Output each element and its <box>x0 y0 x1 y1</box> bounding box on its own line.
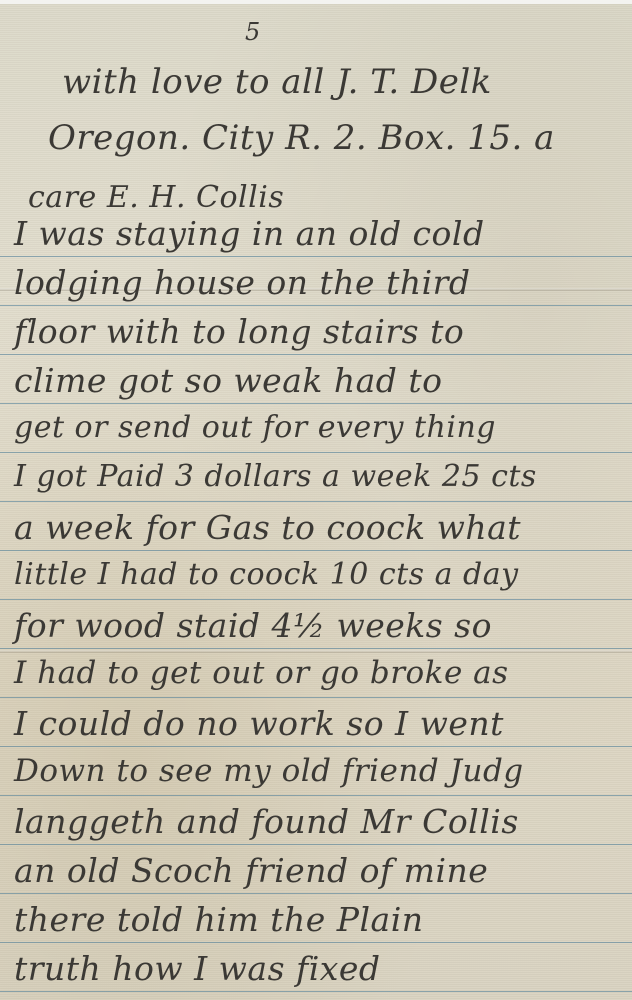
letter-line: I had to get out or go broke as <box>0 655 632 691</box>
ruled-line <box>0 599 632 600</box>
ruled-line <box>0 893 632 894</box>
letter-line: truth how I was fixed <box>0 949 632 988</box>
paper-top-edge <box>0 0 632 4</box>
letter-line: clime got so weak had to <box>0 361 632 400</box>
header-address-line: Oregon. City R. 2. Box. 15. a <box>48 118 632 158</box>
ruled-line <box>0 648 632 649</box>
paper-fold <box>0 650 632 653</box>
ruled-line <box>0 305 632 306</box>
page-number: 5 <box>245 18 260 46</box>
header-care-of-line: care E. H. Collis <box>28 180 632 215</box>
ruled-line <box>0 354 632 355</box>
letter-line: lodging house on the third <box>0 263 632 302</box>
letter-page: 5 with love to all J. T. Delk Oregon. Ci… <box>0 0 632 1000</box>
ruled-line <box>0 501 632 502</box>
ruled-line <box>0 697 632 698</box>
letter-line: I was staying in an old cold <box>0 214 632 253</box>
letter-line: Down to see my old friend Judg <box>0 753 632 789</box>
letter-line: I could do no work so I went <box>0 704 632 743</box>
letter-line: get or send out for every thing <box>0 410 632 445</box>
header-signature-line: with love to all J. T. Delk <box>62 62 632 102</box>
letter-line: there told him the Plain <box>0 900 632 939</box>
ruled-line <box>0 746 632 747</box>
ruled-line <box>0 991 632 992</box>
letter-line: langgeth and found Mr Collis <box>0 802 632 841</box>
letter-line: a week for Gas to coock what <box>0 508 632 547</box>
letter-line: little I had to coock 10 cts a day <box>0 557 632 592</box>
letter-line: for wood staid 4½ weeks so <box>0 606 632 645</box>
ruled-line <box>0 403 632 404</box>
ruled-line <box>0 795 632 796</box>
ruled-line <box>0 452 632 453</box>
letter-line: floor with to long stairs to <box>0 312 632 351</box>
letter-line: an old Scoch friend of mine <box>0 851 632 890</box>
ruled-line <box>0 942 632 943</box>
ruled-line <box>0 550 632 551</box>
ruled-line <box>0 844 632 845</box>
ruled-line <box>0 256 632 257</box>
letter-line: I got Paid 3 dollars a week 25 cts <box>0 459 632 494</box>
